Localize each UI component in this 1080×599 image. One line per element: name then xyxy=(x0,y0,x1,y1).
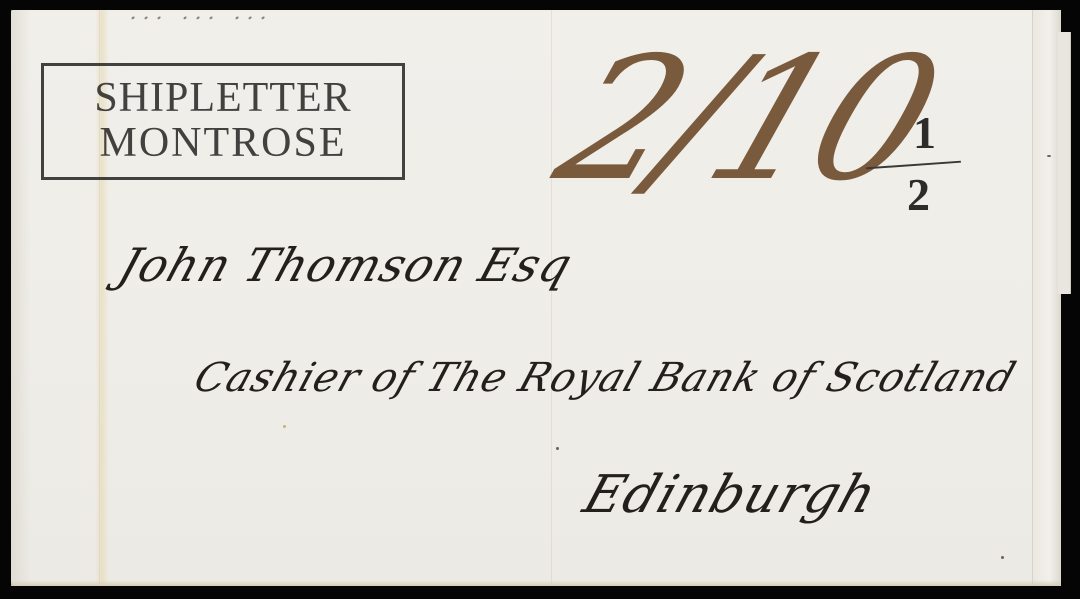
letter-cover: ... ... ... SHIPLETTER MONTROSE 2/10 1 2… xyxy=(11,10,1061,586)
handstamp-line-2: MONTROSE xyxy=(44,122,402,164)
paper-spot xyxy=(1047,155,1051,157)
paper-spot xyxy=(1001,556,1004,559)
paper-spot xyxy=(556,447,559,450)
right-fold-tab xyxy=(1058,32,1071,294)
right-fold-edge xyxy=(1032,10,1061,586)
bottom-edge xyxy=(11,580,1061,586)
shipletter-handstamp: SHIPLETTER MONTROSE xyxy=(41,63,405,180)
vertical-crease xyxy=(551,10,552,586)
paper-spot xyxy=(283,425,286,428)
fraction-handstamp: 1 2 xyxy=(866,108,961,220)
handstamp-line-1: SHIPLETTER xyxy=(44,77,402,119)
address-line-city: Edinburgh xyxy=(576,465,884,525)
fraction-numerator: 1 xyxy=(866,108,961,158)
address-line-recipient: John Thomson Esq xyxy=(112,238,579,292)
fraction-denominator: 2 xyxy=(866,170,961,220)
left-fold-shadow xyxy=(11,10,31,586)
top-docket-text: ... ... ... xyxy=(128,0,278,25)
address-line-title: Cashier of The Royal Bank of Scotland xyxy=(189,355,1022,401)
